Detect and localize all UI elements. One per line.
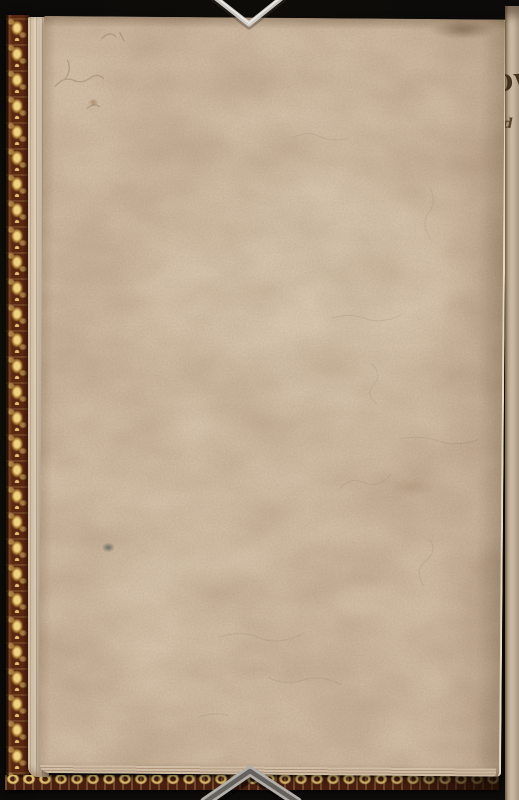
page-holder-clip-bottom-icon (193, 762, 311, 800)
blank-page (38, 16, 507, 777)
pencil-inscriptions (47, 24, 178, 120)
page-holder-clip-top-icon (196, 0, 306, 34)
printed-text-fragment-top: OV (505, 70, 519, 97)
ink-stain (102, 542, 115, 552)
top-edge-smudge (416, 19, 502, 46)
show-through-marks (38, 16, 505, 777)
gilt-binding-edge-left-icon (6, 15, 29, 790)
book-photograph: OV d (0, 0, 519, 800)
facing-page-edge: OV d (505, 6, 519, 800)
paper-texture (38, 16, 505, 777)
printed-text-fragment-bottom: d (505, 116, 513, 132)
